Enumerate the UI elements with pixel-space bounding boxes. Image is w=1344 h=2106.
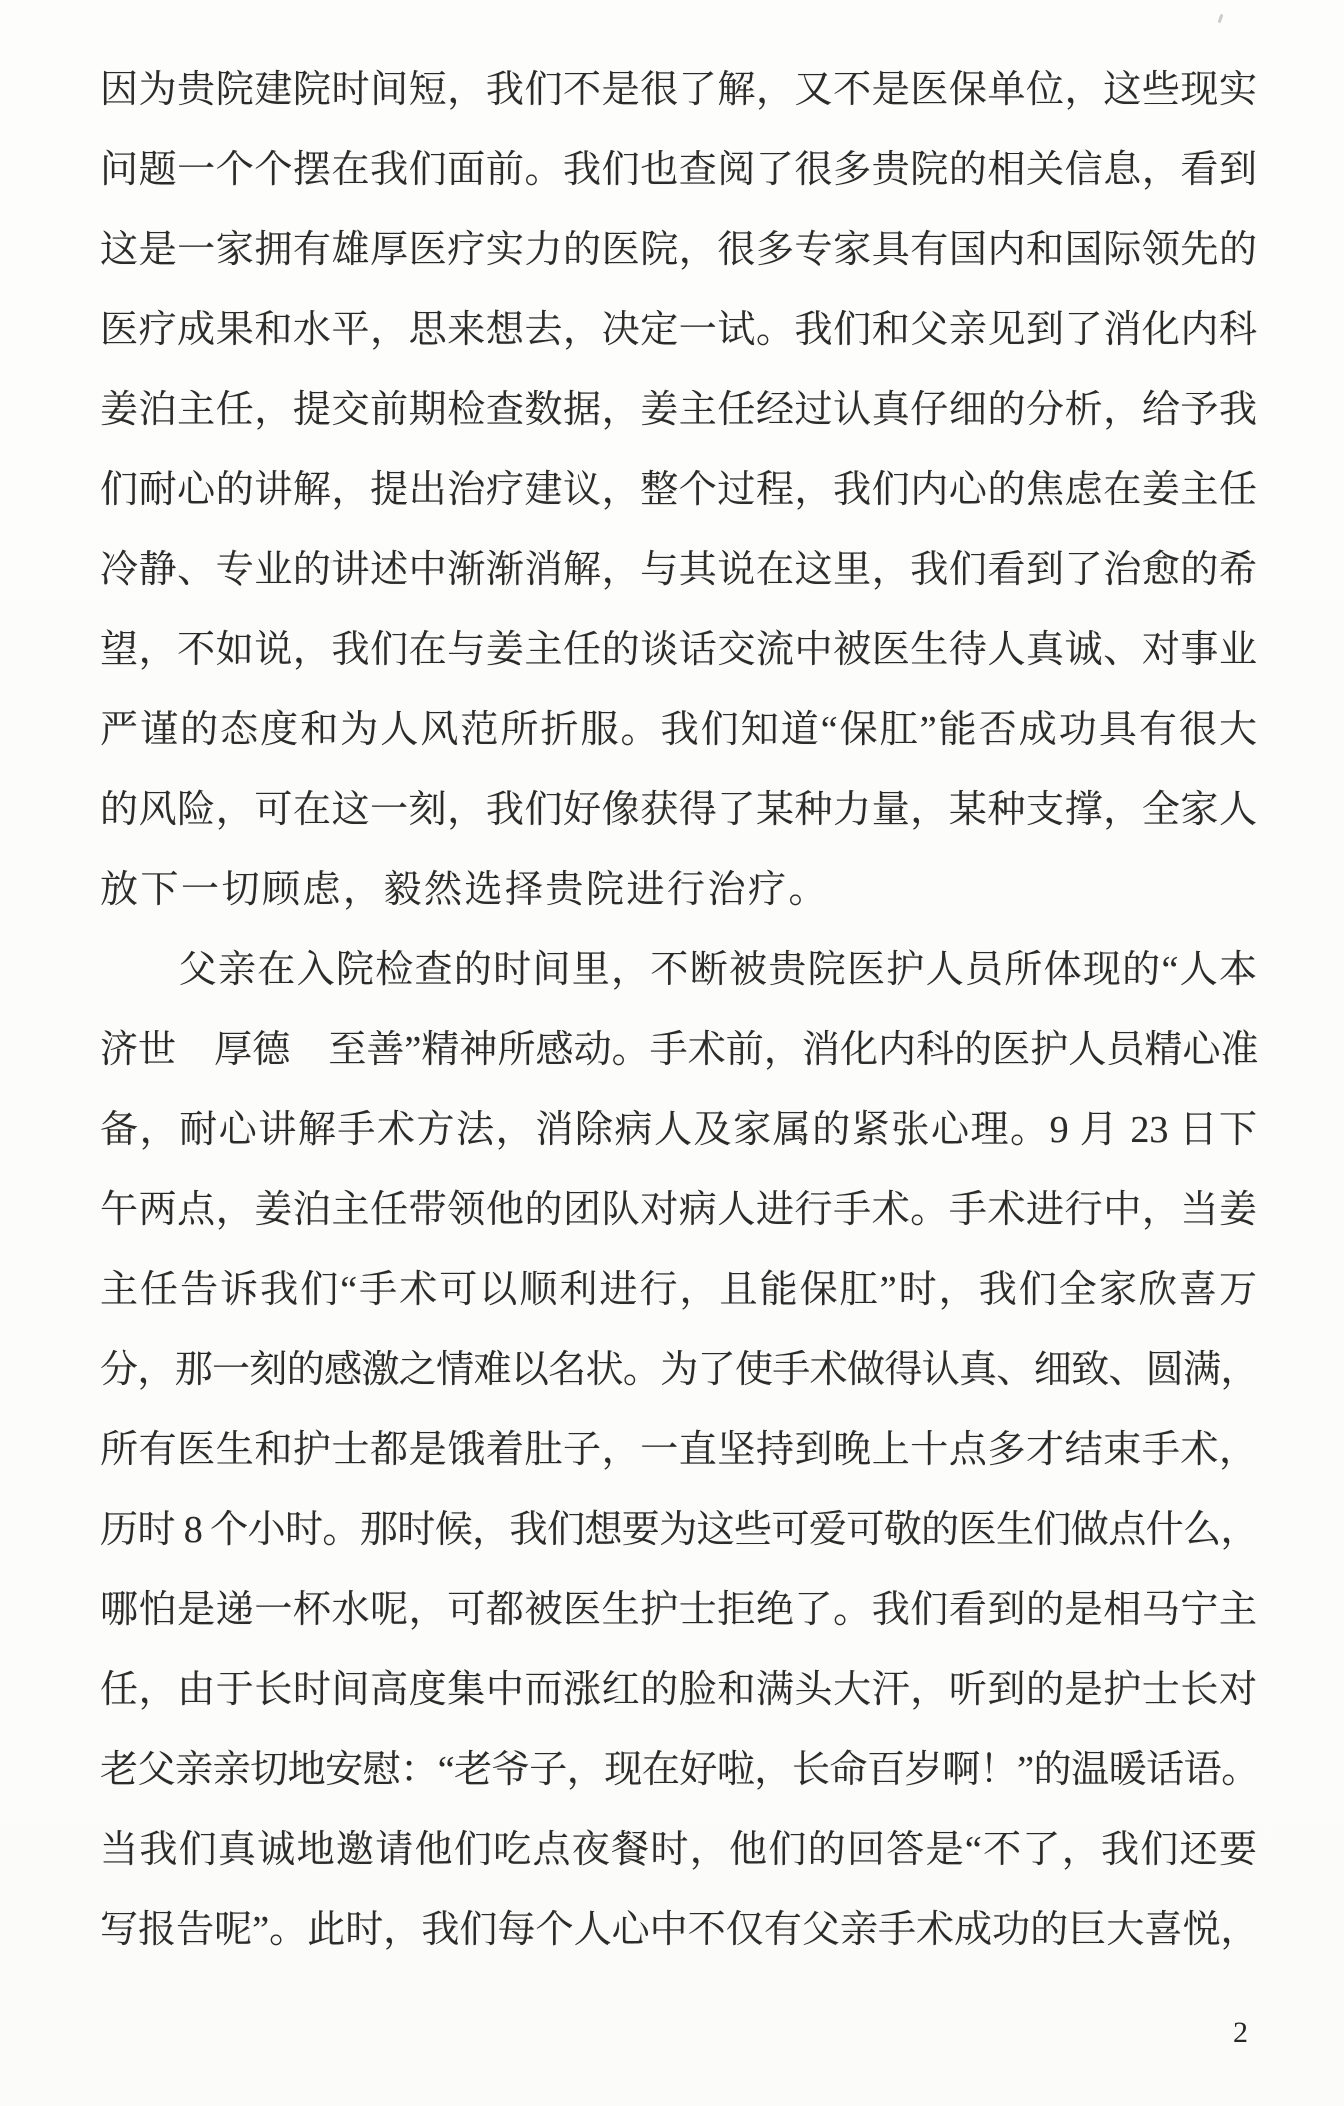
text-line: 医疗成果和水平，思来想去，决定一试。我们和父亲见到了消化内科 [100, 290, 1257, 370]
scan-artifact [1218, 14, 1224, 23]
text-line: 姜泊主任，提交前期检查数据，姜主任经过认真仔细的分析，给予我 [100, 370, 1257, 450]
letter-body: 因为贵院建院时间短，我们不是很了解，又不是医保单位，这些现实 问题一个个摆在我们… [100, 50, 1257, 1970]
text-line: 当我们真诚地邀请他们吃点夜餐时，他们的回答是“不了，我们还要 [100, 1810, 1257, 1890]
page-number: 2 [1233, 2016, 1248, 2050]
text-line: 历时 8 个小时。那时候，我们想要为这些可爱可敬的医生们做点什么， [100, 1490, 1257, 1570]
text-line: 哪怕是递一杯水呢，可都被医生护士拒绝了。我们看到的是相马宁主 [100, 1570, 1257, 1650]
text-line: 这是一家拥有雄厚医疗实力的医院，很多专家具有国内和国际领先的 [100, 210, 1257, 290]
text-line: 任，由于长时间高度集中而涨红的脸和满头大汗，听到的是护士长对 [100, 1650, 1257, 1730]
text-line: 的风险，可在这一刻，我们好像获得了某种力量，某种支撑，全家人 [100, 770, 1257, 850]
text-line: 主任告诉我们“手术可以顺利进行，且能保肛”时，我们全家欣喜万 [100, 1250, 1257, 1330]
text-line: 严谨的态度和为人风范所折服。我们知道“保肛”能否成功具有很大 [100, 690, 1257, 770]
text-line: 问题一个个摆在我们面前。我们也查阅了很多贵院的相关信息，看到 [100, 130, 1257, 210]
text-line-paragraph-start: 父亲在入院检查的时间里，不断被贵院医护人员所体现的“人本 [100, 930, 1257, 1010]
text-line: 午两点，姜泊主任带领他的团队对病人进行手术。手术进行中，当姜 [100, 1170, 1257, 1250]
text-line-paragraph-end: 放下一切顾虑，毅然选择贵院进行治疗。 [100, 850, 1257, 930]
text-line: 们耐心的讲解，提出治疗建议，整个过程，我们内心的焦虑在姜主任 [100, 450, 1257, 530]
scanned-letter-page: 因为贵院建院时间短，我们不是很了解，又不是医保单位，这些现实 问题一个个摆在我们… [0, 0, 1344, 2106]
text-line: 冷静、专业的讲述中渐渐消解，与其说在这里，我们看到了治愈的希 [100, 530, 1257, 610]
text-line: 济世 厚德 至善”精神所感动。手术前，消化内科的医护人员精心准 [100, 1010, 1257, 1090]
text-line: 分，那一刻的感激之情难以名状。为了使手术做得认真、细致、圆满， [100, 1330, 1257, 1410]
text-line: 老父亲亲切地安慰：“老爷子，现在好啦，长命百岁啊！”的温暖话语。 [100, 1730, 1257, 1810]
text-line: 所有医生和护士都是饿着肚子，一直坚持到晚上十点多才结束手术， [100, 1410, 1257, 1490]
text-line: 因为贵院建院时间短，我们不是很了解，又不是医保单位，这些现实 [100, 50, 1257, 130]
text-line: 望，不如说，我们在与姜主任的谈话交流中被医生待人真诚、对事业 [100, 610, 1257, 690]
text-line: 备，耐心讲解手术方法，消除病人及家属的紧张心理。9 月 23 日下 [100, 1090, 1257, 1170]
text-line: 写报告呢”。此时，我们每个人心中不仅有父亲手术成功的巨大喜悦， [100, 1890, 1257, 1970]
